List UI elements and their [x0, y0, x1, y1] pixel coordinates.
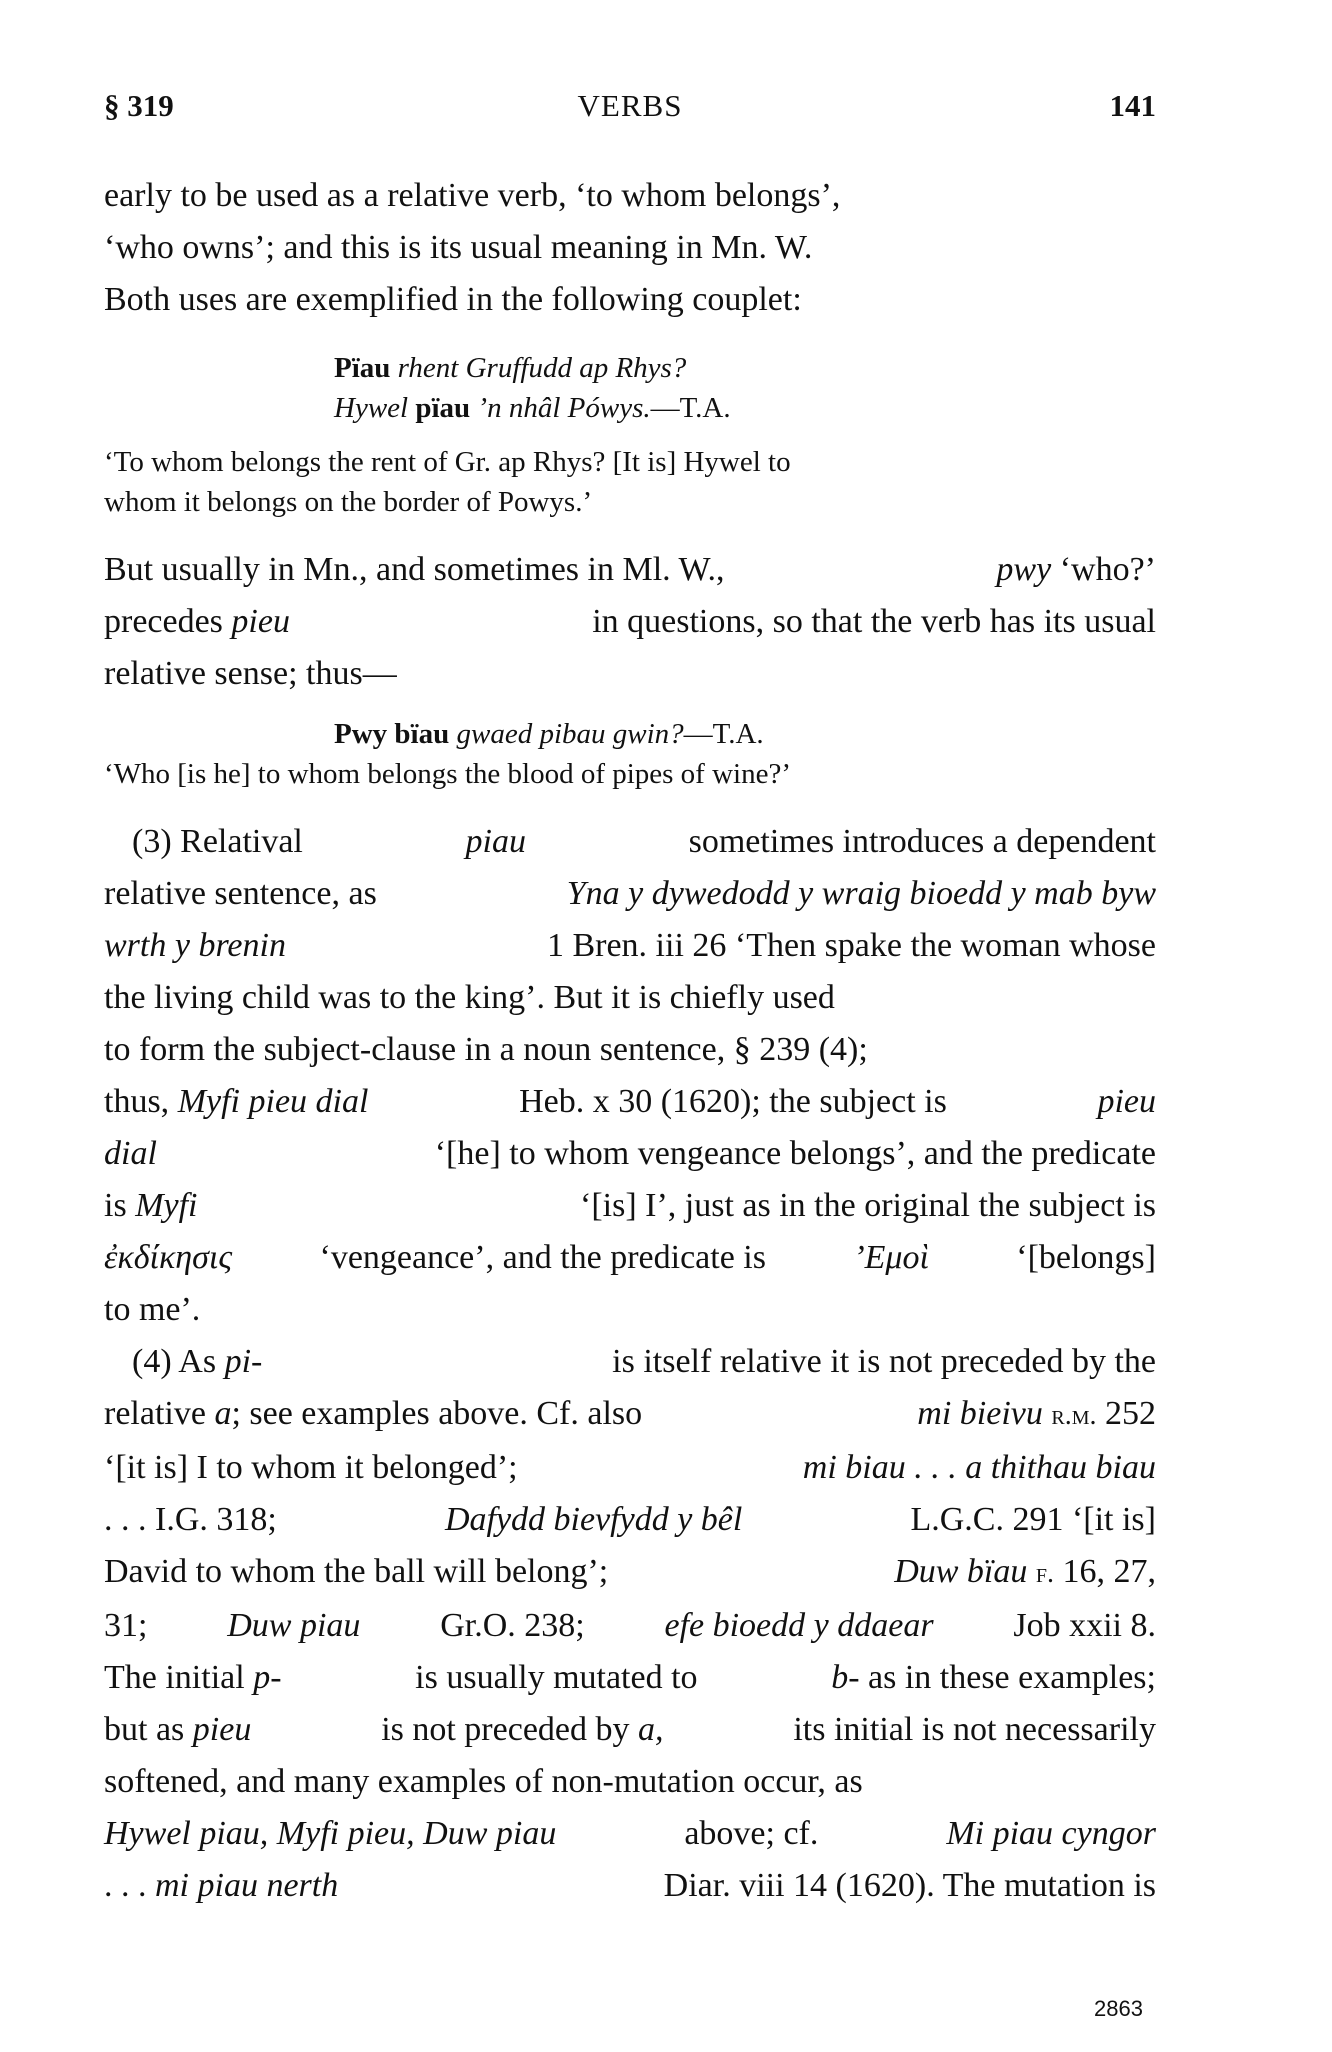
- page-number: 141: [1110, 88, 1157, 124]
- text-line: . . . mi piau nerth Diar. viii 14 (1620)…: [104, 1860, 1156, 1912]
- verse-line: Hywel pïau ’n nhâl Pówys.—T.A.: [334, 388, 1156, 428]
- text-line: But usually in Mn., and sometimes in Ml.…: [104, 544, 1156, 596]
- text-line: relative sense; thus—: [104, 648, 1156, 700]
- folio-number: 2863: [1094, 1996, 1143, 2022]
- running-head: § 319 VERBS 141: [104, 88, 1156, 128]
- text-line: but as pieu is not preceded by a, its in…: [104, 1704, 1156, 1756]
- text-line: early to be used as a relative verb, ‘to…: [104, 170, 1156, 222]
- text-line: dial ‘[he] to whom vengeance belongs’, a…: [104, 1128, 1156, 1180]
- text-line: (3) Relatival piau sometimes introduces …: [104, 816, 1156, 868]
- text-line: softened, and many examples of non-mutat…: [104, 1756, 1156, 1808]
- text-line: relative a; see examples above. Cf. also…: [104, 1388, 1156, 1442]
- text-line: David to whom the ball will belong’; Duw…: [104, 1546, 1156, 1600]
- text-line: relative sentence, as Yna y dywedodd y w…: [104, 868, 1156, 920]
- text-line: . . . I.G. 318; Dafydd bievfydd y bêl L.…: [104, 1494, 1156, 1546]
- greek-word: ἐκδίκησις: [104, 1232, 232, 1284]
- text-line: to me’.: [104, 1284, 1156, 1336]
- verse-line: Pïau rhent Gruffudd ap Rhys?: [334, 348, 1156, 388]
- text-line: (4) As pi- is itself relative it is not …: [104, 1336, 1156, 1388]
- text-line: ἐκδίκησις ‘vengeance’, and the predicate…: [104, 1232, 1156, 1284]
- text-line: ‘who owns’; and this is its usual meanin…: [104, 222, 1156, 274]
- page-body: early to be used as a relative verb, ‘to…: [104, 170, 1156, 1912]
- verse-couplet-2: Pwy bïau gwaed pibau gwin?—T.A.: [104, 714, 1156, 754]
- translation-line: whom it belongs on the border of Powys.’: [104, 482, 1156, 522]
- verse-couplet-1: Pïau rhent Gruffudd ap Rhys? Hywel pïau …: [104, 348, 1156, 428]
- text-line: 31; Duw piau Gr.O. 238; efe bioedd y dda…: [104, 1600, 1156, 1652]
- translation-1: ‘To whom belongs the rent of Gr. ap Rhys…: [104, 442, 1156, 522]
- text-line: to form the subject-clause in a noun sen…: [104, 1024, 1156, 1076]
- page-title: VERBS: [104, 88, 1156, 124]
- translation-line: ‘To whom belongs the rent of Gr. ap Rhys…: [104, 442, 1156, 482]
- text-line: precedes pieu in questions, so that the …: [104, 596, 1156, 648]
- text-line: ‘[it is] I to whom it belonged’; mi biau…: [104, 1442, 1156, 1494]
- text-line: Hywel piau, Myfi pieu, Duw piau above; c…: [104, 1808, 1156, 1860]
- text-line: The initial p- is usually mutated to b- …: [104, 1652, 1156, 1704]
- verse-line: Pwy bïau gwaed pibau gwin?—T.A.: [334, 714, 1156, 754]
- text-line: wrth y brenin 1 Bren. iii 26 ‘Then spake…: [104, 920, 1156, 972]
- verse-source: —T.A.: [651, 392, 731, 424]
- text-line: thus, Myfi pieu dial Heb. x 30 (1620); t…: [104, 1076, 1156, 1128]
- text-line: the living child was to the king’. But i…: [104, 972, 1156, 1024]
- greek-word: ’Εμοὶ: [853, 1232, 929, 1284]
- text-line: Both uses are exemplified in the followi…: [104, 274, 1156, 326]
- translation-line: ‘Who [is he] to whom belongs the blood o…: [104, 754, 1156, 794]
- translation-2: ‘Who [is he] to whom belongs the blood o…: [104, 754, 1156, 794]
- text-line: is Myfi ‘[is] I’, just as in the origina…: [104, 1180, 1156, 1232]
- verse-source: —T.A.: [684, 718, 764, 750]
